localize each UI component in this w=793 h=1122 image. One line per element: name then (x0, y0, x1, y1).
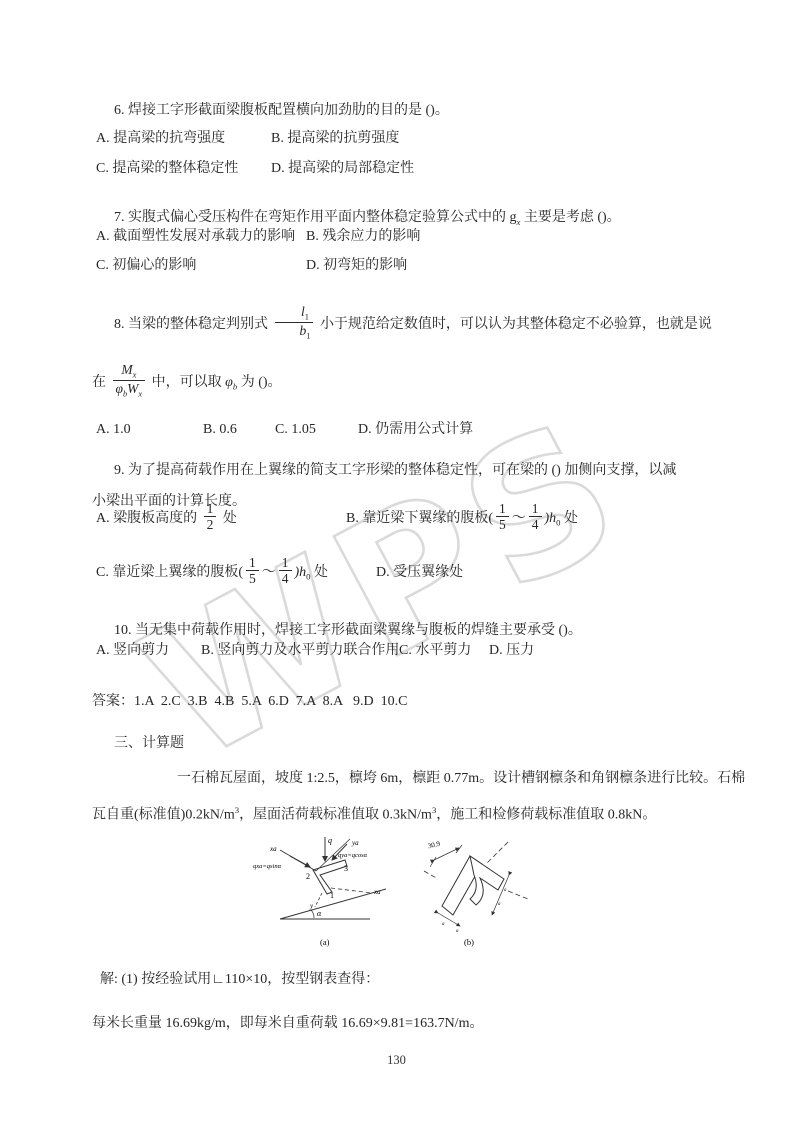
figure-purlin-diagrams: α q ya qya=qcosα xa qxa=qsinα 2 3 1 xa y (252, 833, 536, 951)
dim-line-30-9 (434, 848, 459, 860)
question-6-stem: 6. 焊接工字形截面梁腹板配置横向加劲肋的目的是 ()。 (92, 102, 714, 120)
point-3-label: 3 (344, 864, 348, 873)
figure-a-load-decomposition-diagram: α q ya qya=qcosα xa qxa=qsinα 2 3 1 xa y (252, 833, 402, 951)
xa-dashed-axis (331, 888, 372, 893)
question-7-stem: 7. 实腹式偏心受压构件在弯矩作用平面内整体稳定验算公式中的 gx 主要是考虑 … (92, 209, 714, 228)
q9-option-c-text-end: 处 (311, 565, 329, 580)
frac-den: 4 (279, 571, 292, 586)
q8-line2-text-mid: 中，可以取 (148, 375, 225, 390)
frac-num: 1 (246, 555, 259, 571)
frac-num: 1 (279, 555, 292, 571)
angle-section-outline (313, 860, 347, 894)
frac-den: 5 (246, 571, 259, 586)
solution-line-1: 解: (1) 按经验试用∟110×10，按型钢表查得： (92, 971, 722, 989)
q6-option-c: C. 提高梁的整体稳定性 (96, 160, 271, 178)
q6-option-b: B. 提高梁的抗剪强度 (271, 130, 399, 148)
q8-line2-text: 在 (92, 375, 110, 390)
question-7-options-row-1: A. 截面塑性发展对承载力的影响 B. 残余应力的影响 (92, 228, 718, 246)
q9-h0-symbol: )h (545, 511, 557, 526)
ya-axis-label: ya (351, 839, 359, 847)
centroid-axis-dashed-2 (424, 871, 438, 879)
frac-den: 4 (529, 517, 542, 532)
xa-axis-label: xa (269, 845, 277, 853)
q8-option-d: D. 仍需用公式计算 (358, 421, 473, 439)
fraction-1-5: 15 (246, 555, 259, 586)
question-10-stem: 10. 当无集中荷载作用时，焊接工字形截面梁翼缘与腹板的焊缝主要承受 ()。 (92, 622, 714, 640)
fraction-denominator: b1 (275, 323, 314, 341)
q10-option-b: B. 竖向剪力及水平剪力联合作用 (201, 642, 399, 660)
dim-extension-line-1 (430, 857, 436, 867)
right-dim-mark-2: a (498, 902, 501, 907)
qxa-component-label: qxa=qsinα (253, 863, 282, 870)
q9-option-d: D. 受压翼缘处 (376, 564, 463, 582)
q10-option-c: C. 水平剪力 (399, 642, 489, 660)
q9-h0-symbol: )h (295, 565, 307, 580)
para2-text-mid: ，屋面活荷载标准值取 0.3kN/m (239, 808, 432, 823)
fraction-1-5: 15 (496, 501, 509, 532)
frac-den: 2 (204, 517, 217, 532)
q7-option-a: A. 截面塑性发展对承载力的影响 (96, 228, 306, 246)
answer-key-line: 答案：1.A 2.C 3.B 4.B 5.A 6.D 7.A 8.A 9.D 1… (92, 693, 714, 711)
q8-stem-text-end: 小于规范给定数值时，可以认为其整体稳定不必验算，也就是说 (316, 317, 712, 332)
q9-option-c-text: C. 靠近梁上翼缘的腹板( (96, 565, 243, 580)
fraction-denominator: φbWx (113, 381, 146, 399)
q10-option-a: A. 竖向剪力 (96, 642, 201, 660)
question-8-options-row: A. 1.0 B. 0.6 C. 1.05 D. 仍需用公式计算 (92, 421, 718, 439)
alpha-angle-arc (311, 910, 314, 918)
fraction-1-4: 14 (529, 501, 542, 532)
question-9-options-row-2: C. 靠近梁上翼缘的腹板(15～14)h0 处 D. 受压翼缘处 (92, 557, 718, 588)
q9-option-a-text-end: 处 (219, 511, 237, 526)
q6-option-d: D. 提高梁的局部稳定性 (271, 160, 414, 178)
q7-stem-text-end: 主要是考虑 ()。 (520, 210, 620, 225)
question-8-formula-line: 在 MxφbWx 中，可以取 φb 为 ()。 (92, 364, 714, 401)
section-3-title: 三、计算题 (92, 735, 714, 753)
question-9-stem-line-1: 9. 为了提高荷载作用在上翼缘的简支工字形梁的整体稳定性，可在梁的 () 加侧向… (92, 462, 714, 480)
fraction-l1-b1: l1b1 (275, 304, 314, 341)
frac-num-subscript: x (133, 371, 137, 380)
centroid-axis-dashed-1 (486, 842, 508, 864)
fraction-1-2: 12 (204, 501, 217, 532)
q10-option-d: D. 压力 (489, 642, 534, 660)
question-8-stem: 8. 当梁的整体稳定判别式 l1b1 小于规范给定数值时，可以认为其整体稳定不必… (92, 306, 714, 343)
q9-option-c: C. 靠近梁上翼缘的腹板(15～14)h0 处 (96, 557, 376, 588)
frac-den-subscript: 1 (306, 332, 310, 341)
right-dim-mark-1: a (504, 888, 507, 893)
frac-num: 1 (529, 501, 542, 517)
q7-option-b: B. 残余应力的影响 (306, 228, 420, 246)
q8-phi-symbol: φ (225, 375, 233, 390)
xa-dashed-label: xa (373, 888, 381, 896)
qxa-component-arrow (290, 856, 310, 867)
y-dashed-axis (315, 893, 322, 907)
alpha-label: α (317, 909, 322, 918)
problem-paragraph-line-1: 一石棉瓦屋面，坡度 1:2.5，檩垮 6m，檩距 0.77m。设计槽钢檩条和角钢… (92, 770, 793, 788)
figure-b-angle-section-diagram: 30.9 a a a a (b) (414, 833, 536, 951)
load-q-label: q (328, 836, 332, 845)
fraction-1-4: 14 (279, 555, 292, 586)
question-10-options-row: A. 竖向剪力 B. 竖向剪力及水平剪力联合作用 C. 水平剪力 D. 压力 (92, 642, 718, 660)
para2-text-end: ，施工和检修荷载标准值取 0.8kN。 (436, 808, 656, 823)
point-2-label: 2 (306, 872, 310, 881)
document-page: WPS 6. 焊接工字形截面梁腹板配置横向加劲肋的目的是 ()。 A. 提高梁的… (0, 0, 793, 1122)
q8-option-c: C. 1.05 (275, 421, 358, 439)
point-1-label: 1 (330, 891, 334, 900)
frac-num: 1 (496, 501, 509, 517)
q9-option-b: B. 靠近梁下翼缘的腹板(15～14)h0 处 (346, 503, 578, 534)
fraction-mx-phiwx: MxφbWx (113, 362, 146, 399)
q7-option-d: D. 初弯矩的影响 (306, 257, 407, 275)
solution-line-2: 每米长重量 16.69kg/m，即每米自重荷载 16.69×9.81=163.7… (92, 1015, 714, 1033)
question-6-options-row-1: A. 提高梁的抗弯强度 B. 提高梁的抗剪强度 (92, 130, 718, 148)
frac-den: 5 (496, 517, 509, 532)
fraction-numerator: l1 (275, 304, 314, 323)
frac-den-w-subscript: x (138, 390, 142, 399)
question-9-options-row-1: A. 梁腹板高度的 12 处 B. 靠近梁下翼缘的腹板(15～14)h0 处 (92, 503, 718, 534)
fraction-numerator: Mx (113, 362, 146, 381)
q9-option-b-text: B. 靠近梁下翼缘的腹板( (346, 511, 493, 526)
para2-text: 瓦自重(标准值)0.2kN/m (92, 808, 235, 823)
qya-component-label: qya=qcosα (338, 852, 368, 859)
question-7-options-row-2: C. 初偏心的影响 D. 初弯矩的影响 (92, 257, 718, 275)
frac-num-symbol: M (121, 362, 132, 377)
y-axis-label: y (309, 902, 314, 910)
q9-option-a: A. 梁腹板高度的 12 处 (96, 503, 346, 534)
q7-option-c: C. 初偏心的影响 (96, 257, 306, 275)
dimension-30-9-label: 30.9 (427, 839, 441, 850)
figure-b-caption: (b) (464, 937, 474, 947)
q8-stem-text: 8. 当梁的整体稳定判别式 (114, 317, 272, 332)
frac-den-phi: φ (116, 381, 123, 396)
frac-num: 1 (204, 501, 217, 517)
frac-num-subscript: 1 (305, 313, 309, 322)
tilde-symbol: ～ (512, 511, 526, 526)
angle-right-leg (470, 856, 504, 905)
q8-option-b: B. 0.6 (203, 421, 275, 439)
bottom-dim-mark-1: a (442, 922, 445, 927)
q8-option-a: A. 1.0 (96, 421, 203, 439)
bottom-dim-mark-2: a (456, 929, 459, 934)
tilde-symbol: ～ (262, 565, 276, 580)
page-number: 130 (0, 1053, 793, 1068)
question-6-options-row-2: C. 提高梁的整体稳定性 D. 提高梁的局部稳定性 (92, 160, 718, 178)
problem-paragraph-line-2: 瓦自重(标准值)0.2kN/m3，屋面活荷载标准值取 0.3kN/m3，施工和检… (92, 805, 714, 824)
centroid-axis-dashed-3 (508, 891, 528, 899)
q7-stem-text: 7. 实腹式偏心受压构件在弯矩作用平面内整体稳定验算公式中的 g (114, 210, 517, 225)
figure-a-caption: (a) (320, 937, 330, 947)
q9-option-a-text: A. 梁腹板高度的 (96, 511, 201, 526)
q6-option-a: A. 提高梁的抗弯强度 (96, 130, 271, 148)
frac-den-w: W (127, 381, 138, 396)
q8-line2-text-end: 为 ()。 (237, 375, 281, 390)
q9-option-b-text-end: 处 (561, 511, 579, 526)
